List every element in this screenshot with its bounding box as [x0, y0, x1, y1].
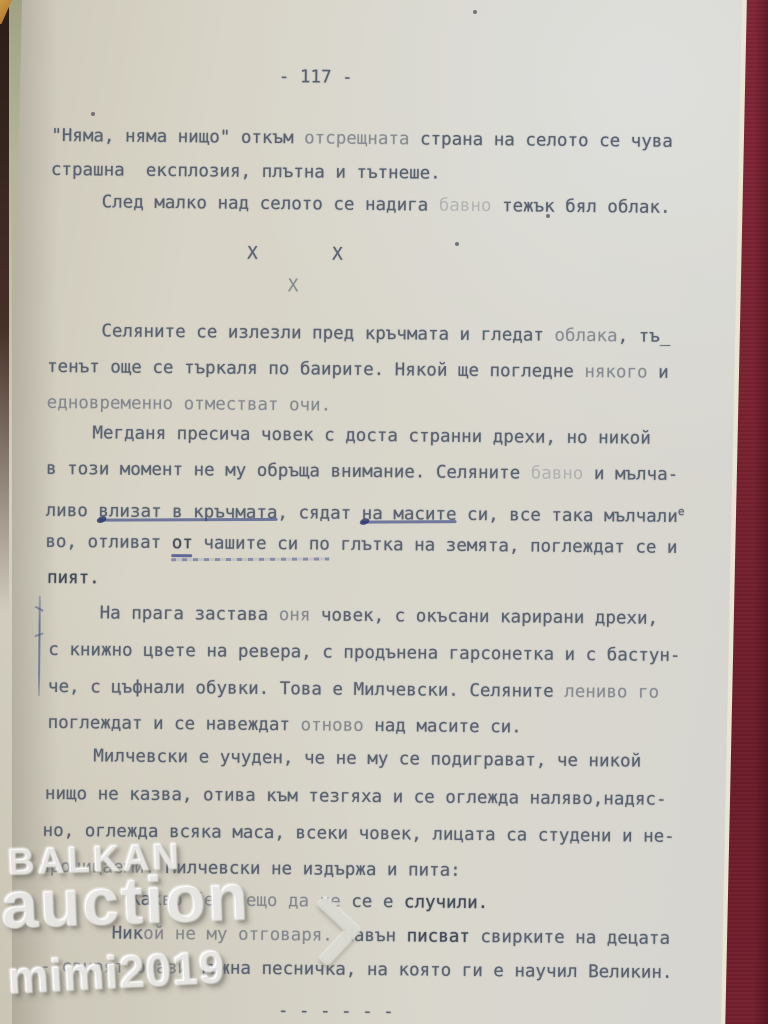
para3-line1: Селяните се излезли пред кръчмата и глед… — [101, 322, 670, 345]
para4-line5: пият. — [47, 569, 100, 588]
para1-line1: "Няма, няма нищо" откъм отсрещната стран… — [51, 127, 673, 151]
page-number: - 117 - — [279, 68, 353, 87]
para6-line4: проницаеми. Милчевски не издържа и пита: — [39, 858, 461, 880]
pen-mark-margin-line — [38, 596, 41, 696]
para5-line3: че, с цъфнали обувки. Това е Милчевски. … — [48, 678, 659, 702]
ink-speck — [91, 112, 95, 116]
para4-line2: в този момент не му обръща внимание. Сел… — [46, 460, 678, 484]
para6-line3: но, оглежда всяка маса, всеки човек, лиц… — [43, 822, 675, 846]
para4-line1: Мегданя пресича човек с доста странни др… — [92, 424, 651, 447]
para7-line1: Никой не му отговаря. Навън писват свирк… — [112, 925, 671, 948]
pen-mark-wavy — [171, 558, 329, 562]
separator-x-right: X — [332, 246, 343, 264]
para4-line4: во, отливат от чашите си по глътка на зе… — [45, 533, 677, 557]
para1-line2: страшна експлозия, плътна и тътнеше. — [51, 161, 441, 183]
separator-x-left: X — [247, 245, 258, 263]
dialogue-line: - Какво бе, нещо да не се е случили. — [109, 891, 488, 913]
para3-line2: тенът още се търкаля по баирите. Някой щ… — [47, 358, 669, 382]
typewritten-text-layer: - 117 -"Няма, няма нищо" откъм отсрещнат… — [0, 0, 768, 1024]
separator-x-center: X — [288, 277, 299, 295]
para2-line1: След малко над селото се надига бавно те… — [102, 193, 671, 216]
ink-speck — [455, 242, 459, 246]
para6-line1: Милчевски е учуден, че не му се подиграв… — [93, 747, 641, 770]
para7-line2: - свирят онази тъжна песничка, на която … — [40, 958, 672, 982]
pen-mark-underline — [362, 520, 457, 523]
footer-dashes: - - - - - - — [278, 1002, 394, 1021]
para3-line3: едновременно отместват очи. — [47, 394, 332, 415]
ink-speck — [546, 214, 550, 218]
para5-line4: поглеждат и се навеждат отново над масит… — [48, 714, 522, 737]
pen-mark-underline-short — [171, 554, 192, 557]
photo-of-typewritten-book-page: - 117 -"Няма, няма нищо" откъм отсрещнат… — [0, 0, 768, 1024]
para5-line1: На прага застава оня човек, с окъсани ка… — [100, 604, 659, 627]
para6-line2: нищо не казва, отива към тезгяха и се ог… — [45, 785, 667, 809]
ink-speck — [473, 10, 477, 14]
para5-line2: с книжно цвете на ревера, с продънена га… — [48, 641, 680, 665]
